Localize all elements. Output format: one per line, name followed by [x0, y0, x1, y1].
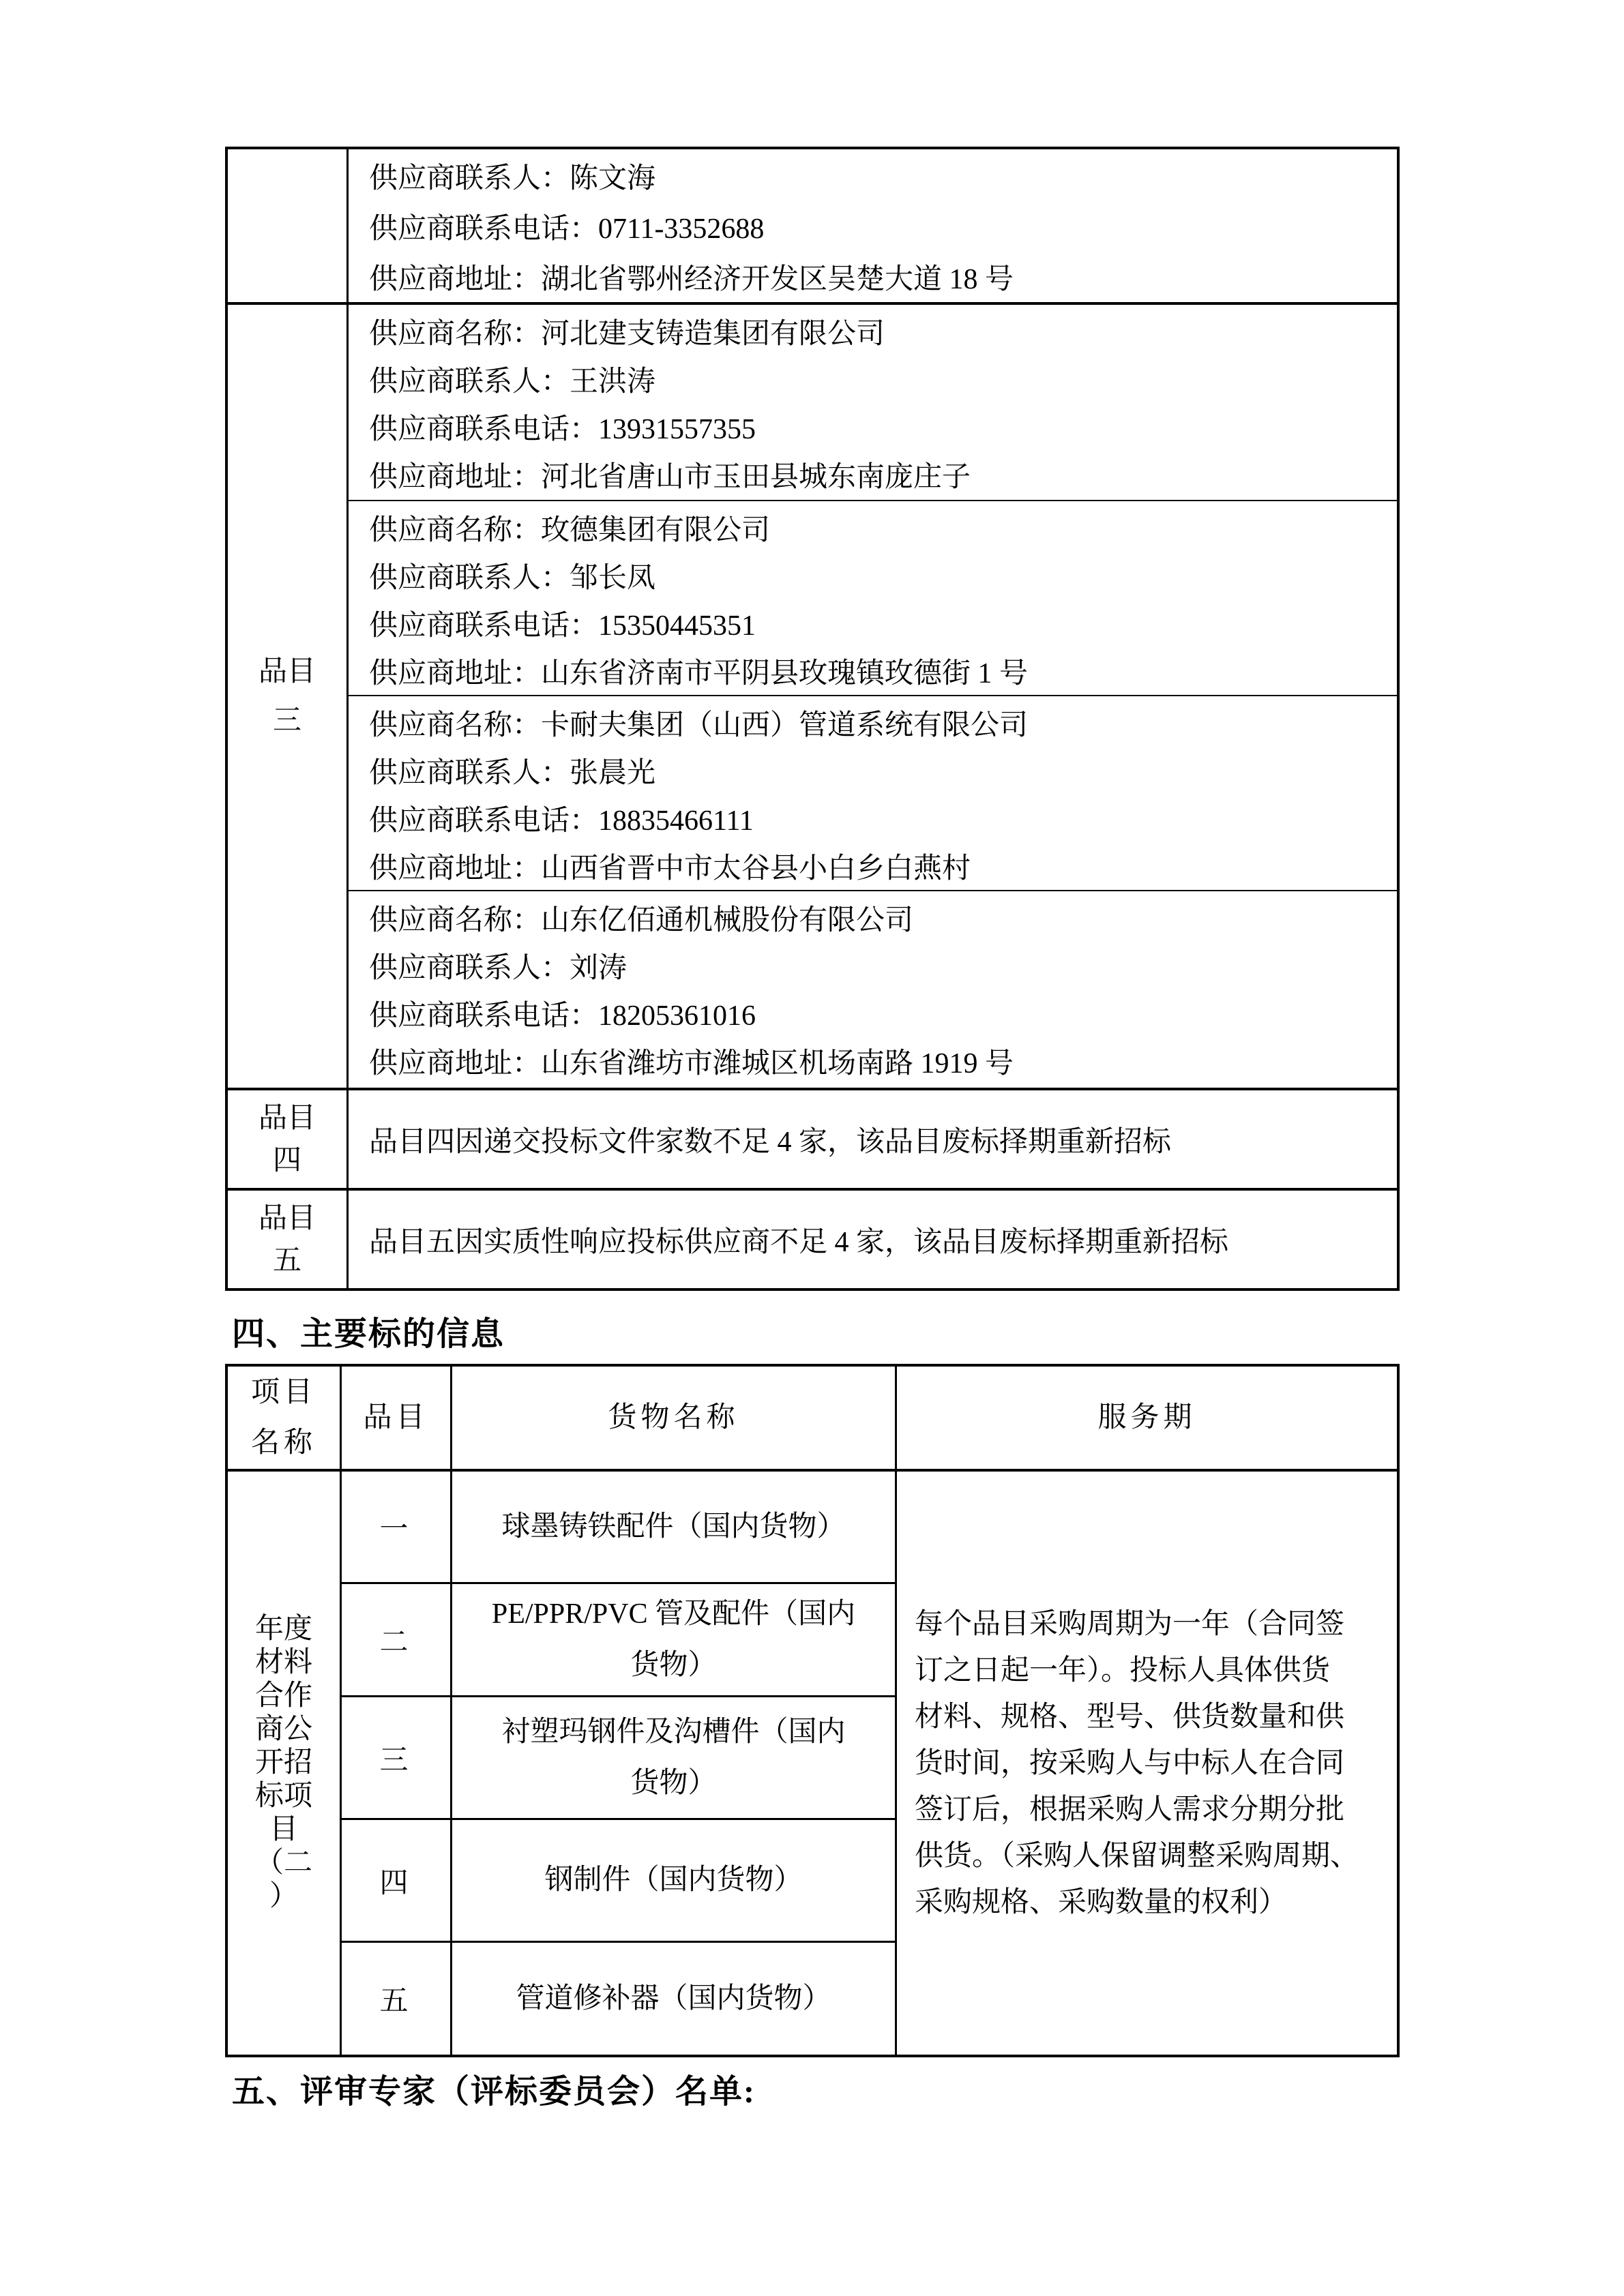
- supplier-phone: 供应商联系电话：15350445351: [369, 602, 1390, 650]
- supplier-results-table: 供应商联系人：陈文海 供应商联系电话：0711-3352688 供应商地址：湖北…: [225, 147, 1400, 1291]
- supplier-contact: 供应商联系人：刘涛: [369, 944, 1390, 992]
- supplier-name: 供应商名称：山东亿佰通机械股份有限公司: [369, 897, 1390, 944]
- supplier-phone: 供应商联系电话：18835466111: [369, 797, 1390, 845]
- project-name-cell: 年度 材料 合作 商公 开招 标项 目 （二 ）: [228, 1472, 342, 2055]
- goods-name: 钢制件（国内货物）: [452, 1818, 897, 1941]
- header-item: 品目: [342, 1367, 452, 1472]
- goods-name: 管道修补器（国内货物）: [452, 1941, 897, 2055]
- service-period-cell: 每个品目采购周期为一年（合同签 订之日起一年）。投标人具体供货 材料、规格、型号…: [897, 1472, 1397, 2055]
- supplier-contact: 供应商联系人：邹长凤: [369, 554, 1390, 602]
- supplier-address: 供应商地址：湖北省鄂州经济开发区吴楚大道 18 号: [369, 254, 1390, 305]
- supplier-block: 供应商名称：山东亿佰通机械股份有限公司 供应商联系人：刘涛 供应商联系电话：18…: [349, 890, 1397, 1085]
- goods-name: 衬塑玛钢件及沟槽件（国内 货物）: [452, 1695, 897, 1818]
- goods-name: PE/PPR/PVC 管及配件（国内 货物）: [452, 1582, 897, 1695]
- item5-note-text: 品目五因实质性响应投标供应商不足 4 家，该品目废标择期重新招标: [369, 1219, 1228, 1260]
- item-number: 一: [342, 1472, 452, 1582]
- supplier-address: 供应商地址：山东省济南市平阴县玫瑰镇玫德街 1 号: [369, 650, 1390, 698]
- table-row: 品目 五 品目五因实质性响应投标供应商不足 4 家，该品目废标择期重新招标: [228, 1188, 1397, 1288]
- supplier-contact: 供应商联系人：王洪涛: [369, 358, 1390, 406]
- supplier-info: 供应商联系人：陈文海 供应商联系电话：0711-3352688 供应商地址：湖北…: [349, 149, 1397, 302]
- supplier-block: 供应商名称：卡耐夫集团（山西）管道系统有限公司 供应商联系人：张晨光 供应商联系…: [349, 695, 1397, 890]
- item3-label: 品目 三: [228, 305, 349, 1088]
- item4-note: 品目四因递交投标文件家数不足 4 家，该品目废标择期重新招标: [349, 1090, 1397, 1188]
- item-number: 五: [342, 1941, 452, 2055]
- header-service-period: 服务期: [897, 1367, 1397, 1472]
- supplier-name: 供应商名称：卡耐夫集团（山西）管道系统有限公司: [369, 702, 1390, 749]
- supplier-contact: 供应商联系人：张晨光: [369, 749, 1390, 797]
- supplier-name: 供应商名称：河北建支铸造集团有限公司: [369, 310, 1390, 358]
- item-number: 二: [342, 1582, 452, 1695]
- item-number: 三: [342, 1695, 452, 1818]
- table-row: 供应商联系人：陈文海 供应商联系电话：0711-3352688 供应商地址：湖北…: [228, 149, 1397, 302]
- supplier-name: 供应商名称：玫德集团有限公司: [369, 507, 1390, 554]
- supplier-block: 供应商名称：玫德集团有限公司 供应商联系人：邹长凤 供应商联系电话：153504…: [349, 500, 1397, 695]
- section5-heading: 五、评审专家（评标委员会）名单:: [232, 2065, 756, 2112]
- header-project-name: 项目 名称: [228, 1367, 342, 1472]
- supplier-phone: 供应商联系电话：0711-3352688: [369, 204, 1390, 254]
- item-number: 四: [342, 1818, 452, 1941]
- table-row: 品目 四 品目四因递交投标文件家数不足 4 家，该品目废标择期重新招标: [228, 1088, 1397, 1188]
- item5-note: 品目五因实质性响应投标供应商不足 4 家，该品目废标择期重新招标: [349, 1191, 1397, 1288]
- item3-suppliers: 供应商名称：河北建支铸造集团有限公司 供应商联系人：王洪涛 供应商联系电话：13…: [349, 305, 1397, 1088]
- supplier-phone: 供应商联系电话：18205361016: [369, 992, 1390, 1040]
- supplier-address: 供应商地址：山东省潍坊市潍城区机场南路 1919 号: [369, 1040, 1390, 1088]
- document-page: 供应商联系人：陈文海 供应商联系电话：0711-3352688 供应商地址：湖北…: [0, 0, 1624, 2296]
- supplier-phone: 供应商联系电话：13931557355: [369, 406, 1390, 453]
- item-label-empty: [228, 149, 349, 302]
- supplier-block: 供应商名称：河北建支铸造集团有限公司 供应商联系人：王洪涛 供应商联系电话：13…: [349, 305, 1397, 500]
- item4-label: 品目 四: [228, 1090, 349, 1188]
- supplier-contact: 供应商联系人：陈文海: [369, 153, 1390, 204]
- section4-heading: 四、主要标的信息: [232, 1307, 505, 1354]
- supplier-address: 供应商地址：山西省晋中市太谷县小白乡白燕村: [369, 845, 1390, 893]
- item5-label: 品目 五: [228, 1191, 349, 1288]
- supplier-address: 供应商地址：河北省唐山市玉田县城东南庞庄子: [369, 453, 1390, 501]
- goods-name: 球墨铸铁配件（国内货物）: [452, 1472, 897, 1582]
- table-row: 品目 三 供应商名称：河北建支铸造集团有限公司 供应商联系人：王洪涛 供应商联系…: [228, 302, 1397, 1088]
- subject-matter-table: 项目 名称 品目 货物名称 服务期 年度 材料 合作 商公 开招 标项 目 （二…: [225, 1364, 1400, 2057]
- item4-note-text: 品目四因递交投标文件家数不足 4 家，该品目废标择期重新招标: [369, 1119, 1171, 1160]
- header-goods-name: 货物名称: [452, 1367, 897, 1472]
